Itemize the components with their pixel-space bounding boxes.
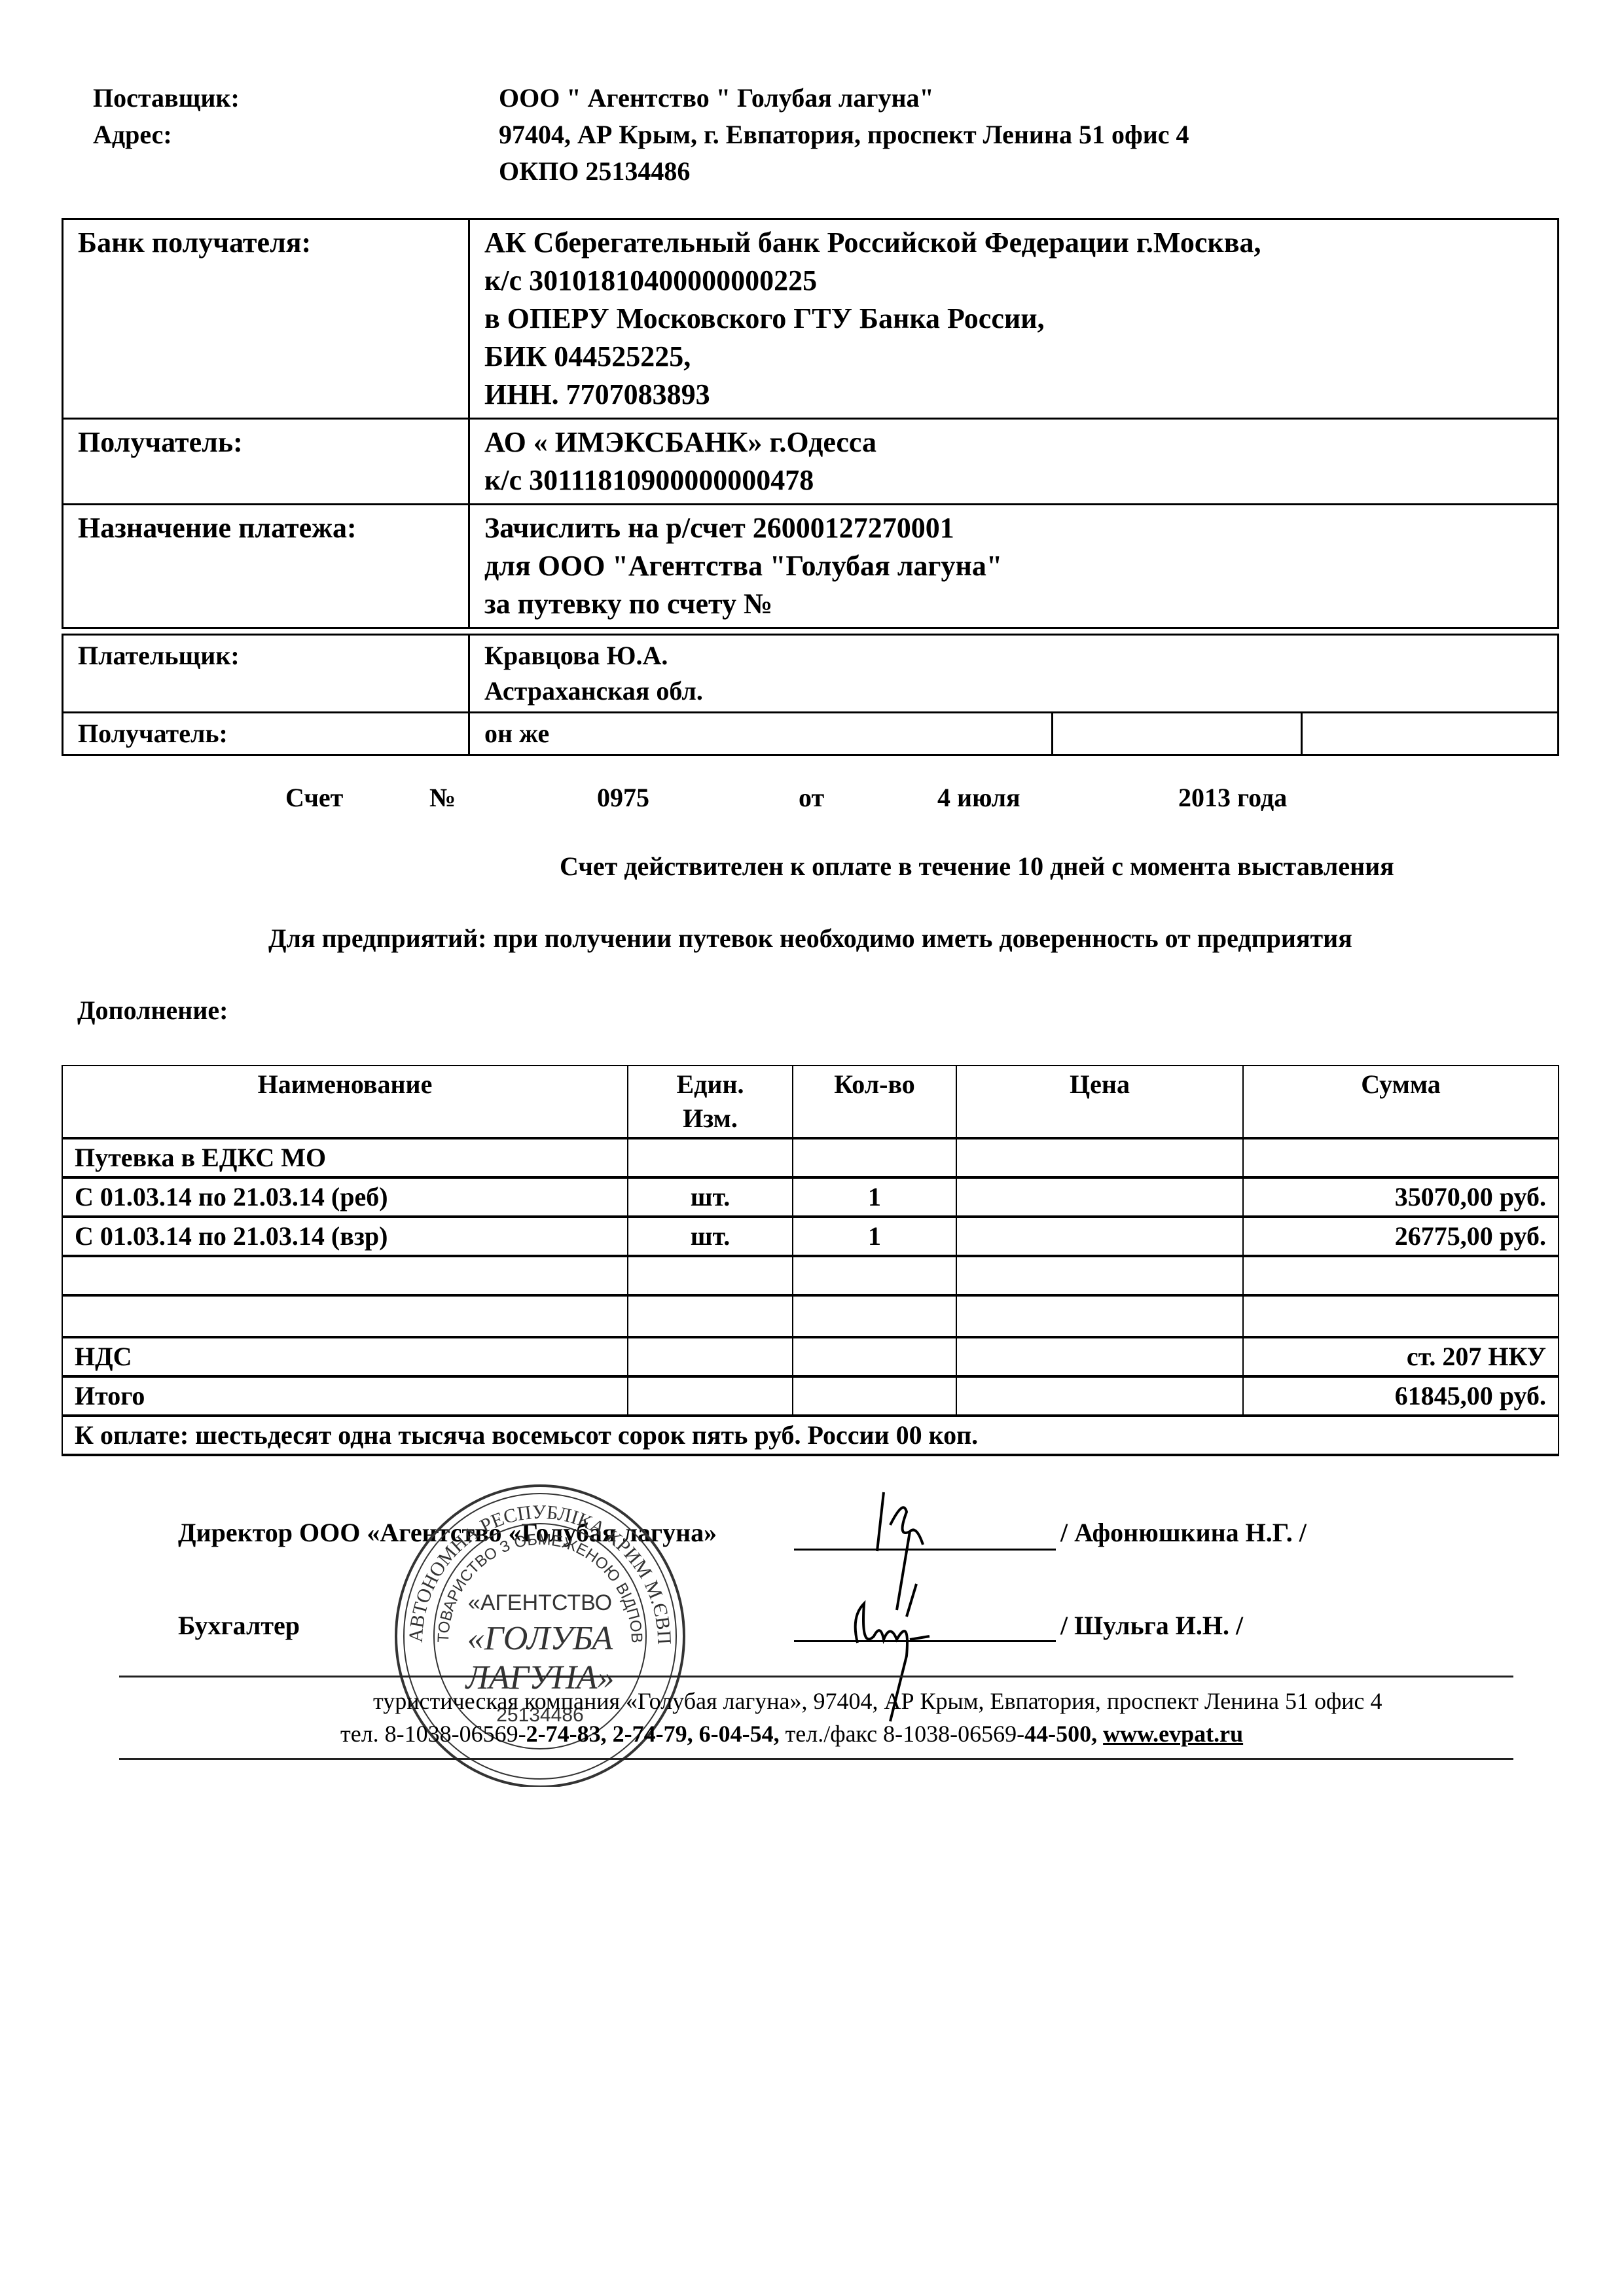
payer-name: Кравцова Ю.А.	[484, 638, 1543, 673]
bank-bik: БИК 044525225,	[484, 338, 1543, 376]
payer-recipient-row: Получатель: он же	[63, 713, 1559, 755]
purpose-company: для ООО "Агентства "Голубая лагуна"	[484, 547, 1543, 585]
footer-top-divider	[119, 1676, 1513, 1677]
bank-branch: в ОПЕРУ Московского ГТУ Банка России,	[484, 300, 1543, 338]
footer-company-line: туристическая компания «Голубая лагуна»,…	[373, 1687, 1382, 1715]
amount-in-words: К оплате: шестьдесят одна тысяча восемьс…	[62, 1416, 1559, 1455]
purpose-invoice: за путевку по счету №	[484, 585, 1543, 623]
recipient-bank: АО « ИМЭКСБАНК» г.Одесса	[484, 423, 1543, 461]
footer-contacts-line: тел. 8-1038-06569-2-74-83, 2-74-79, 6-04…	[340, 1720, 1243, 1748]
footer-phones: 2-74-83, 2-74-79, 6-04-54,	[526, 1721, 780, 1747]
payer-value: Кравцова Ю.А. Астраханская обл.	[469, 635, 1559, 713]
bank-value: АК Сберегательный банк Российской Федера…	[469, 219, 1559, 419]
purpose-value: Зачислить на р/счет 26000127270001 для О…	[469, 505, 1559, 628]
bank-name: АК Сберегательный банк Российской Федера…	[484, 224, 1543, 262]
addition-label: Дополнение:	[77, 995, 228, 1026]
payer-row: Плательщик: Кравцова Ю.А. Астраханская о…	[63, 635, 1559, 713]
payer-label: Плательщик:	[63, 635, 469, 713]
supplier-label: Поставщик:	[93, 80, 240, 117]
payer-blank-cell	[1302, 713, 1559, 755]
items-header-row: Наименование Един. Изм. Кол-во Цена Сумм…	[62, 1066, 1559, 1138]
table-row-to-pay: К оплате: шестьдесят одна тысяча восемьс…	[62, 1416, 1559, 1455]
table-row: Путевка в ЕДКС МО	[62, 1138, 1559, 1177]
supplier-name: ООО " Агентство " Голубая лагуна"	[499, 80, 934, 117]
accountant-name: / Шульга И.Н. /	[1060, 1610, 1243, 1641]
header-unit: Един. Изм.	[628, 1066, 793, 1138]
recipient-corr-account: к/с 30111810900000000478	[484, 461, 1543, 499]
table-row: С 01.03.14 по 21.03.14 (реб) шт. 1 35070…	[62, 1177, 1559, 1217]
recipient-value: АО « ИМЭКСБАНК» г.Одесса к/с 30111810900…	[469, 419, 1559, 505]
invoice-date: 4 июля	[937, 782, 1020, 813]
enterprise-note: Для предприятий: при получении путевок н…	[268, 923, 1352, 954]
invoice-number-sign: №	[429, 782, 456, 813]
purpose-account: Зачислить на р/счет 26000127270001	[484, 509, 1543, 547]
header-price: Цена	[956, 1066, 1243, 1138]
table-row-total: Итого 61845,00 руб.	[62, 1376, 1559, 1416]
purpose-label: Назначение платежа:	[63, 505, 469, 628]
bank-corr-account: к/с 30101810400000000225	[484, 262, 1543, 300]
payer-region: Астраханская обл.	[484, 673, 1543, 709]
bank-row-purpose: Назначение платежа: Зачислить на р/счет …	[63, 505, 1559, 628]
footer-fax: 44-500,	[1024, 1721, 1097, 1747]
header-qty: Кол-во	[793, 1066, 956, 1138]
table-row	[62, 1256, 1559, 1295]
payer-table: Плательщик: Кравцова Ю.А. Астраханская о…	[62, 634, 1559, 756]
payer-blank-cell	[1053, 713, 1302, 755]
validity-note: Счет действителен к оплате в течение 10 …	[560, 851, 1394, 882]
header-sum: Сумма	[1243, 1066, 1559, 1138]
bank-row-beneficiary-bank: Банк получателя: АК Сберегательный банк …	[63, 219, 1559, 419]
accountant-title: Бухгалтер	[178, 1610, 300, 1641]
invoice-number: 0975	[597, 782, 649, 813]
address-label: Адрес:	[93, 117, 172, 153]
bank-inn: ИНН. 7707083893	[484, 376, 1543, 414]
table-row-vat: НДС ст. 207 НКУ	[62, 1337, 1559, 1376]
invoice-from: от	[799, 782, 824, 813]
footer-bottom-divider	[119, 1758, 1513, 1760]
header-name: Наименование	[62, 1066, 628, 1138]
payer-recipient-label: Получатель:	[63, 713, 469, 755]
director-name: / Афонюшкина Н.Г. /	[1060, 1517, 1307, 1548]
invoice-year: 2013 года	[1178, 782, 1287, 813]
svg-text:«АГЕНТСТВО: «АГЕНТСТВО	[468, 1590, 612, 1615]
supplier-okpo: ОКПО 25134486	[499, 153, 690, 190]
payer-recipient-value: он же	[469, 713, 1053, 755]
svg-text:«ГОЛУБА: «ГОЛУБА	[467, 1620, 613, 1657]
footer-website-link[interactable]: www.evpat.ru	[1103, 1721, 1243, 1747]
table-row	[62, 1295, 1559, 1337]
invoice-word: Счет	[285, 782, 343, 813]
bank-label: Банк получателя:	[63, 219, 469, 419]
recipient-label: Получатель:	[63, 419, 469, 505]
items-table: Наименование Един. Изм. Кол-во Цена Сумм…	[62, 1065, 1559, 1456]
table-row: С 01.03.14 по 21.03.14 (взр) шт. 1 26775…	[62, 1217, 1559, 1256]
supplier-address: 97404, АР Крым, г. Евпатория, проспект Л…	[499, 117, 1189, 153]
bank-details-table: Банк получателя: АК Сберегательный банк …	[62, 218, 1559, 629]
bank-row-recipient: Получатель: АО « ИМЭКСБАНК» г.Одесса к/с…	[63, 419, 1559, 505]
